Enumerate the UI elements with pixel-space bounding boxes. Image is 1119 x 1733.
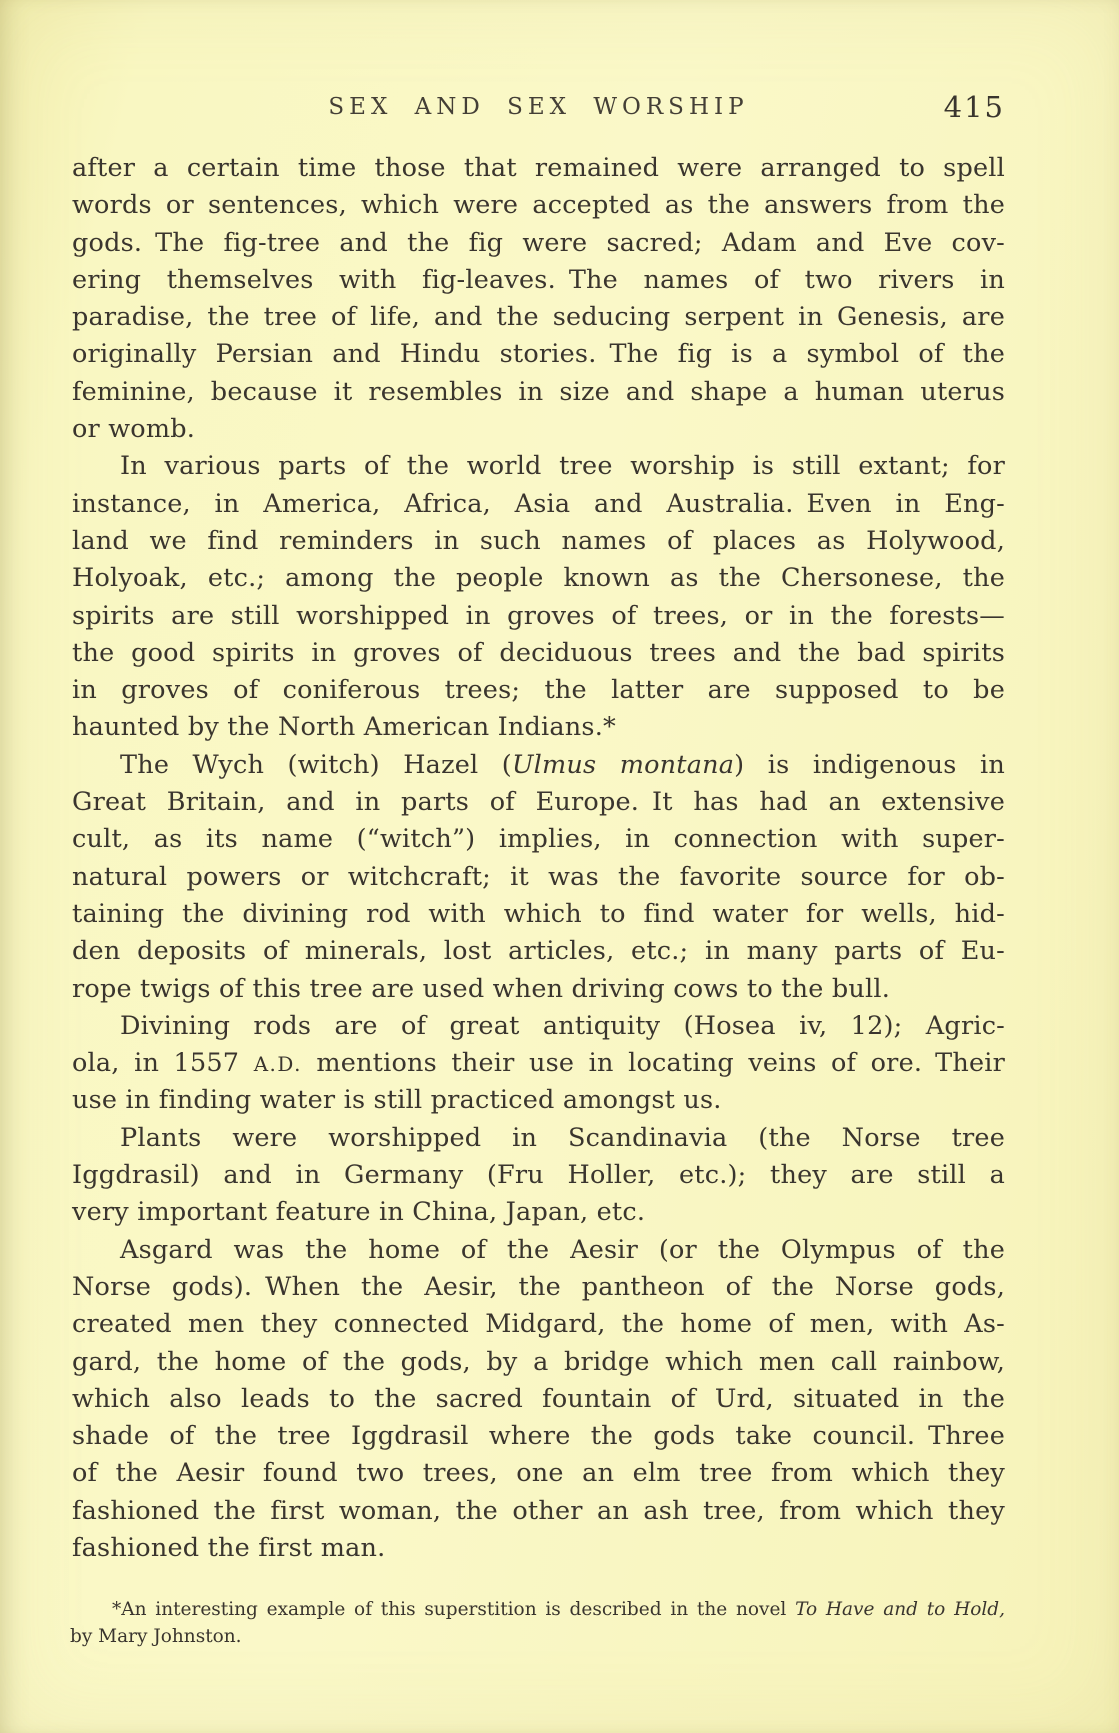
text-segment: spirits are still worshipped in groves o… — [72, 601, 1005, 631]
text-line: fashioned the first woman, the other an … — [72, 1493, 1005, 1530]
text-segment: Plants were worshipped in Scandinavia (t… — [120, 1123, 1005, 1153]
text-segment: paradise, the tree of life, and the sedu… — [72, 302, 1005, 332]
italic-text: Ulmus montana — [512, 750, 734, 780]
text-line: words or sentences, which were accepted … — [72, 187, 1005, 224]
text-line: ola, in 1557 A.D. mentions their use in … — [72, 1045, 1005, 1082]
footnote-line: *An interesting example of this supersti… — [70, 1596, 1005, 1623]
text-segment: Great Britain, and in parts of Europe. I… — [72, 787, 1005, 817]
text-line: taining the divining rod with which to f… — [72, 896, 1005, 933]
small-caps-text: A.D. — [254, 1053, 302, 1076]
text-segment: land we find reminders in such names of … — [72, 526, 1005, 556]
footnote-line: by Mary Johnston. — [70, 1623, 1005, 1650]
text-segment: Divining rods are of great antiquity (Ho… — [120, 1011, 1005, 1041]
text-segment: words or sentences, which were accepted … — [72, 190, 1005, 220]
italic-text: To Have and to Hold, — [795, 1599, 1005, 1620]
text-line: Holyoak, etc.; among the people known as… — [72, 560, 1005, 597]
text-segment: ering themselves with fig-leaves. The na… — [72, 265, 1005, 295]
text-line: Asgard was the home of the Aesir (or the… — [72, 1232, 1005, 1269]
text-segment: In various parts of the world tree worsh… — [120, 451, 1005, 481]
text-line: the good spirits in groves of deciduous … — [72, 635, 1005, 672]
text-segment: very important feature in China, Japan, … — [72, 1197, 645, 1227]
text-line: very important feature in China, Japan, … — [72, 1194, 1005, 1231]
text-segment: gods. The fig-tree and the fig were sacr… — [72, 228, 1005, 258]
text-segment: Norse gods). When the Aesir, the pantheo… — [72, 1272, 1005, 1302]
text-segment: feminine, because it resembles in size a… — [72, 377, 1005, 407]
text-segment: by Mary Johnston. — [70, 1626, 242, 1647]
text-line: den deposits of minerals, lost articles,… — [72, 933, 1005, 970]
text-segment: taining the divining rod with which to f… — [72, 899, 1005, 929]
text-segment: which also leads to the sacred fountain … — [72, 1384, 1005, 1414]
text-segment: Holyoak, etc.; among the people known as… — [72, 563, 1005, 593]
text-line: ering themselves with fig-leaves. The na… — [72, 262, 1005, 299]
footnote: *An interesting example of this supersti… — [70, 1596, 1005, 1650]
text-line: haunted by the North American Indians.* — [72, 709, 1005, 746]
text-segment: mentions their use in locating veins of … — [302, 1048, 1005, 1078]
text-line: Norse gods). When the Aesir, the pantheo… — [72, 1269, 1005, 1306]
text-line: paradise, the tree of life, and the sedu… — [72, 299, 1005, 336]
text-segment: instance, in America, Africa, Asia and A… — [72, 489, 1005, 519]
text-line: Great Britain, and in parts of Europe. I… — [72, 784, 1005, 821]
text-segment: fashioned the first woman, the other an … — [72, 1496, 1005, 1526]
text-segment: The Wych (witch) Hazel ( — [120, 750, 512, 780]
text-segment: Asgard was the home of the Aesir (or the… — [120, 1235, 1005, 1265]
text-segment: rope twigs of this tree are used when dr… — [72, 974, 890, 1004]
text-line: rope twigs of this tree are used when dr… — [72, 971, 1005, 1008]
text-line: shade of the tree Iggdrasil where the go… — [72, 1418, 1005, 1455]
page-number: 415 — [944, 90, 1005, 124]
text-line: In various parts of the world tree worsh… — [72, 448, 1005, 485]
text-line: Iggdrasil) and in Germany (Fru Holler, e… — [72, 1157, 1005, 1194]
text-segment: created men they connected Midgard, the … — [72, 1309, 1005, 1339]
text-line: instance, in America, Africa, Asia and A… — [72, 486, 1005, 523]
text-line: originally Persian and Hindu stories. Th… — [72, 336, 1005, 373]
text-line: The Wych (witch) Hazel (Ulmus montana) i… — [72, 747, 1005, 784]
text-segment: *An interesting example of this supersti… — [112, 1599, 795, 1620]
text-segment: or womb. — [72, 414, 195, 444]
text-segment: use in finding water is still practiced … — [72, 1085, 722, 1115]
text-line: gard, the home of the gods, by a bridge … — [72, 1344, 1005, 1381]
text-line: Divining rods are of great antiquity (Ho… — [72, 1008, 1005, 1045]
text-line: feminine, because it resembles in size a… — [72, 374, 1005, 411]
text-line: use in finding water is still practiced … — [72, 1082, 1005, 1119]
text-segment: cult, as its name (“witch”) implies, in … — [72, 824, 1005, 854]
text-segment: in groves of coniferous trees; the latte… — [72, 675, 1005, 705]
text-line: created men they connected Midgard, the … — [72, 1306, 1005, 1343]
text-line: in groves of coniferous trees; the latte… — [72, 672, 1005, 709]
text-segment: the good spirits in groves of deciduous … — [72, 638, 1005, 668]
text-segment: den deposits of minerals, lost articles,… — [72, 936, 1005, 966]
text-segment: shade of the tree Iggdrasil where the go… — [72, 1421, 1005, 1451]
text-line: of the Aesir found two trees, one an elm… — [72, 1455, 1005, 1492]
text-segment: after a certain time those that remained… — [72, 153, 1005, 183]
text-line: spirits are still worshipped in groves o… — [72, 598, 1005, 635]
text-line: land we find reminders in such names of … — [72, 523, 1005, 560]
text-line: fashioned the first man. — [72, 1530, 1005, 1567]
text-line: which also leads to the sacred fountain … — [72, 1381, 1005, 1418]
body-text: after a certain time those that remained… — [72, 150, 1005, 1567]
scanned-book-page: SEX AND SEX WORSHIP 415 after a certain … — [0, 0, 1119, 1733]
running-title: SEX AND SEX WORSHIP — [72, 94, 1005, 120]
text-segment: natural powers or witchcraft; it was the… — [72, 862, 1005, 892]
text-line: Plants were worshipped in Scandinavia (t… — [72, 1120, 1005, 1157]
text-segment: fashioned the first man. — [72, 1533, 385, 1563]
text-line: gods. The fig-tree and the fig were sacr… — [72, 225, 1005, 262]
text-segment: Iggdrasil) and in Germany (Fru Holler, e… — [72, 1160, 1005, 1190]
text-line: cult, as its name (“witch”) implies, in … — [72, 821, 1005, 858]
text-segment: haunted by the North American Indians.* — [72, 712, 616, 742]
text-line: or womb. — [72, 411, 1005, 448]
text-segment: of the Aesir found two trees, one an elm… — [72, 1458, 1005, 1488]
text-segment: ) is indigenous in — [734, 750, 1005, 780]
text-segment: gard, the home of the gods, by a bridge … — [72, 1347, 1005, 1377]
text-line: after a certain time those that remained… — [72, 150, 1005, 187]
text-line: natural powers or witchcraft; it was the… — [72, 859, 1005, 896]
text-segment: ola, in 1557 — [72, 1048, 254, 1078]
text-segment: originally Persian and Hindu stories. Th… — [72, 339, 1005, 369]
page-header: SEX AND SEX WORSHIP 415 — [72, 94, 1005, 130]
